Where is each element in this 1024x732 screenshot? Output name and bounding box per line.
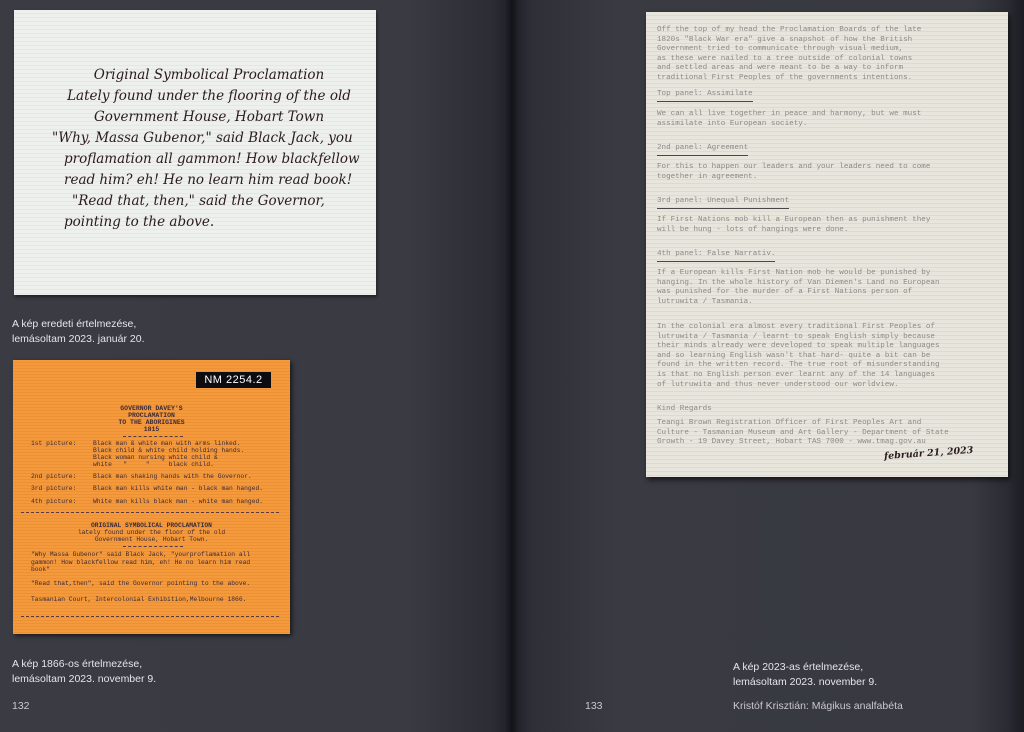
quote-line: gammon! How blackfellow read him, eh! He… <box>31 559 281 567</box>
divider <box>123 546 183 547</box>
letter-line: together in agreement. <box>657 173 1002 183</box>
handwritten-date: február 21, 2023 <box>884 446 974 462</box>
letter-line: is that no English person ever learnt an… <box>657 371 1002 381</box>
panel-heading-3: 3rd panel: Unequal Punishment <box>657 197 789 209</box>
hand-line: "Why, Massa Gubenor," said Black Jack, y… <box>52 128 354 149</box>
quote-line: book" <box>31 566 281 574</box>
hand-line: Lately found under the flooring of the o… <box>64 86 354 107</box>
hand-line: read him? eh! He no learn him read book! <box>64 170 354 191</box>
letter-intro: Off the top of my head the Proclamation … <box>657 26 1002 84</box>
letter-line: Off the top of my head the Proclamation … <box>657 26 1002 36</box>
letter-line: If First Nations mob kill a European the… <box>657 216 1002 226</box>
caption-line: A kép 2023-as értelmezése, <box>733 660 877 675</box>
subtitle: Government House, Hobart Town. <box>13 536 290 544</box>
letter-line: found in the written record. The true ro… <box>657 361 1002 371</box>
picture-desc: white " " black child. <box>93 461 214 468</box>
picture-label: 2nd picture: <box>31 473 93 481</box>
hand-line: Government House, Hobart Town <box>64 107 354 128</box>
caption-1866: A kép 1866-os értelmezése, lemásoltam 20… <box>12 657 156 687</box>
hand-line: pointing to the above. <box>64 212 354 233</box>
divider <box>123 436 183 437</box>
handwritten-text: Original Symbolical Proclamation Lately … <box>64 65 354 233</box>
letter-line: For this to happen our leaders and your … <box>657 163 1002 173</box>
orange-title: 1815 <box>13 426 290 434</box>
reply: "Read that,then", said the Governor poin… <box>31 580 281 588</box>
picture-row-4: 4th picture:White man kills black man - … <box>31 498 263 506</box>
signature-block: Teangi Brown Registration Officer of Fir… <box>657 419 1002 448</box>
panel-heading-1: Top panel: Assimilate <box>657 90 753 102</box>
closing-paragraph: In the colonial era almost every traditi… <box>657 323 1002 390</box>
panel-body-1: We can all live together in peace and ha… <box>657 110 1002 129</box>
hand-line: Original Symbolical Proclamation <box>64 65 354 86</box>
letter-line: Government tried to communicate through … <box>657 45 1002 55</box>
letter-line: Culture - Tasmanian Museum and Art Galle… <box>657 429 1002 439</box>
letter-line: will be hung - lots of hangings were don… <box>657 226 1002 236</box>
sign-off: Kind Regards <box>657 405 1002 415</box>
picture-desc: White man kills black man - white man ha… <box>93 498 263 505</box>
picture-row-3: 3rd picture:Black man kills white man - … <box>31 485 263 493</box>
letter-line: Teangi Brown Registration Officer of Fir… <box>657 419 1002 429</box>
letter-line: lutruwita / Tasmania / learnt to speak E… <box>657 333 1002 343</box>
picture-desc: Black man kills white man - black man ha… <box>93 485 263 492</box>
letter-line: If a European kills First Nation mob he … <box>657 269 1002 279</box>
panel-body-2: For this to happen our leaders and your … <box>657 163 1002 182</box>
letter-line: and settled areas and were meant to be a… <box>657 64 1002 74</box>
letter-line: hanging. In the whole history of Van Die… <box>657 279 1002 289</box>
caption-line: lemásoltam 2023. január 20. <box>12 332 145 347</box>
letter-line: In the colonial era almost every traditi… <box>657 323 1002 333</box>
caption-2023: A kép 2023-as értelmezése, lemásoltam 20… <box>733 660 877 690</box>
caption-line: A kép eredeti értelmezése, <box>12 317 145 332</box>
orange-proclamation-card: NM 2254.2 GOVERNOR DAVEY'S PROCLAMATION … <box>13 360 290 634</box>
caption-line: lemásoltam 2023. november 9. <box>733 675 877 690</box>
picture-row-2: 2nd picture:Black man shaking hands with… <box>31 473 252 481</box>
letter-line: 1820s "Black War era" give a snapshot of… <box>657 36 1002 46</box>
letter-line: assimilate into European society. <box>657 120 1002 130</box>
caption-line: A kép 1866-os értelmezése, <box>12 657 156 672</box>
caption-original: A kép eredeti értelmezése, lemásoltam 20… <box>12 317 145 347</box>
source: Tasmanian Court, Intercolonial Exhibitio… <box>31 596 281 604</box>
panel-body-4: If a European kills First Nation mob he … <box>657 269 1002 307</box>
picture-label: 4th picture: <box>31 498 93 506</box>
caption-line: lemásoltam 2023. november 9. <box>12 672 156 687</box>
catalog-label: NM 2254.2 <box>196 372 271 388</box>
quote-line: "Why Massa Gubenor" said Black Jack, "yo… <box>31 551 281 559</box>
panel-heading-4: 4th panel: False Narrativ. <box>657 250 775 262</box>
letter-line: and so learning English wasn't that hard… <box>657 352 1002 362</box>
quote: "Why Massa Gubenor" said Black Jack, "yo… <box>31 551 281 574</box>
panel-body-3: If First Nations mob kill a European the… <box>657 216 1002 235</box>
page-number-left: 132 <box>12 700 30 712</box>
letter-line: traditional First Peoples of the governm… <box>657 74 1002 84</box>
hand-line: proflamation all gammon! How blackfellow <box>64 149 354 170</box>
picture-label: 3rd picture: <box>31 485 93 493</box>
picture-desc: Black man & white man with arms linked. <box>93 440 240 447</box>
page-number-right: 133 <box>585 700 603 712</box>
letter-line: lutruwita / Tasmania. <box>657 298 1002 308</box>
book-gutter <box>505 0 519 732</box>
picture-desc: Black child & white child holding hands. <box>93 447 244 454</box>
hand-line: "Read that, then," said the Governor, <box>72 191 354 212</box>
panel-heading-2: 2nd panel: Agreement <box>657 144 748 156</box>
divider <box>21 616 279 617</box>
handwritten-proclamation-card: Original Symbolical Proclamation Lately … <box>14 10 376 295</box>
letter-line: their minds already were developed to sp… <box>657 342 1002 352</box>
letter-line: as these were nailed to a tree outside o… <box>657 55 1002 65</box>
letter-line: We can all live together in peace and ha… <box>657 110 1002 120</box>
picture-desc: Black woman nursing white child & <box>93 454 218 461</box>
letter-line: was punished for the murder of a First N… <box>657 288 1002 298</box>
running-title: Kristóf Krisztián: Mágikus analfabéta <box>733 700 903 712</box>
divider <box>21 512 279 513</box>
letter-line: of lutruwita and thus never understood o… <box>657 381 1002 391</box>
picture-desc: Black man shaking hands with the Governo… <box>93 473 252 480</box>
typed-letter-card: Off the top of my head the Proclamation … <box>646 12 1008 477</box>
